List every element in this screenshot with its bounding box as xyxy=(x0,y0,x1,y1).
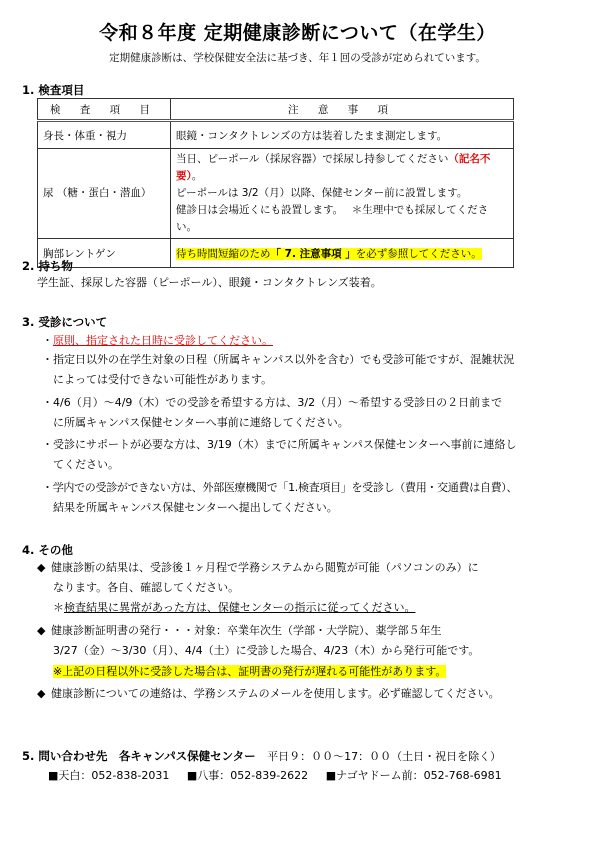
phone-number: 052-839-2622 xyxy=(230,769,308,782)
bullet-text: 原則、指定された日時に受診してください。 xyxy=(53,334,273,347)
section-3-heading: 3. 受診について xyxy=(22,314,107,330)
contact-tenpaku: ■天白：052-838-2031 xyxy=(48,769,169,782)
list-item-continuation: 3/27（金）～3/30（月）、4/4（土）に受診した場合、4/23（木）から発… xyxy=(53,643,479,659)
table-cell-notes: 待ち時間短縮のため「 7. 注意事項 」を必ず参照してください。 xyxy=(171,239,514,268)
page-subtitle: 定期健康診断は、学校保健安全法に基づき、年１回の受診が定められています。 xyxy=(0,50,595,65)
section-4-heading: 4. その他 xyxy=(22,542,73,558)
list-item-continuation: なります。各自、確認してください。 xyxy=(53,580,239,596)
bullet-icon: ・ xyxy=(42,396,53,409)
table-header-row: 検 査 項 目 注 意 事 項 xyxy=(38,99,514,121)
section-2-heading: 2. 持ち物 xyxy=(22,258,73,274)
table-cell-item: 身長・体重・視力 xyxy=(38,121,171,149)
diamond-bullet-icon: ◆ xyxy=(37,560,51,576)
bullet-icon: ・ xyxy=(42,334,53,347)
table-header-item: 検 査 項 目 xyxy=(38,99,171,121)
contact-list: ■天白：052-838-2031 ■八事：052-839-2622 ■ナゴヤドー… xyxy=(48,768,502,784)
list-item: ・学内での受診ができない方は、外部医療機関で「1.検査項目」を受診し（費用・交通… xyxy=(42,480,517,496)
note-line: 当日、ピーポール（採尿容器）で採尿し持参してください（記名不要）。 xyxy=(176,151,508,185)
highlighted-note: 待ち時間短縮のため「 7. 注意事項 」を必ず参照してください。 xyxy=(176,248,482,260)
notes-reference: 「 7. 注意事項 」 xyxy=(271,248,356,260)
table-cell-notes: 眼鏡・コンタクトレンズの方は装着したまま測定します。 xyxy=(171,121,514,149)
asterisk: ＊ xyxy=(53,601,64,614)
exam-items-table: 検 査 項 目 注 意 事 項 身長・体重・視力 眼鏡・コンタクトレンズの方は装… xyxy=(37,98,514,268)
bullet-text: 4/6（月）～4/9（木）での受診を希望する方は、3/2（月）～希望する受診日の… xyxy=(53,396,502,409)
note-tail: 。 xyxy=(192,170,203,182)
note-text: を必ず参照してください。 xyxy=(356,248,482,260)
contact-header: 5. 問い合わせ先 各キャンパス保健センター 平日９：００～17：００（土日・祝… xyxy=(22,748,501,765)
office-hours: 平日９：００～17：００（土日・祝日を除く） xyxy=(267,750,501,763)
list-item: ◆健康診断についての連絡は、学務システムのメールを使用します。必ず確認してくださ… xyxy=(37,686,500,702)
contact-nagoya-dome-mae: ■ナゴヤドーム前：052-768-6981 xyxy=(326,769,502,782)
underlined-note: 検査結果に異常があった方は、保健センターの指示に従ってください。 xyxy=(64,601,415,614)
bullet-text: 指定日以外の在学生対象の日程（所属キャンパス以外を含む）でも受診可能ですが、混雑… xyxy=(53,353,514,366)
diamond-bullet-icon: ◆ xyxy=(37,623,51,639)
list-item-continuation: に所属キャンパス保健センターへ事前に連絡してください。 xyxy=(53,415,349,431)
list-item: ◆健康診断証明書の発行・・・対象：卒業年次生（学部・大学院）、薬学部５年生 xyxy=(37,623,442,639)
page-title: 令和８年度 定期健康診断について（在学生） xyxy=(0,18,595,45)
item-text: 健康診断についての連絡は、学務システムのメールを使用します。必ず確認してください… xyxy=(51,687,500,700)
list-item-continuation: によっては受付できない可能性があります。 xyxy=(53,372,272,388)
list-item: ・受診にサポートが必要な方は、3/19（木）までに所属キャンパス保健センターへ事… xyxy=(42,437,517,453)
table-cell-item: 尿 （糖・蛋白・潜血） xyxy=(38,149,171,239)
bullet-text: 受診にサポートが必要な方は、3/19（木）までに所属キャンパス保健センターへ事前… xyxy=(53,438,517,451)
bullet-icon: ・ xyxy=(42,353,53,366)
separator: ： xyxy=(80,769,91,782)
table-row: 身長・体重・視力 眼鏡・コンタクトレンズの方は装着したまま測定します。 xyxy=(38,121,514,149)
table-row: 胸部レントゲン 待ち時間短縮のため「 7. 注意事項 」を必ず参照してください。 xyxy=(38,239,514,268)
certificate-delay-note: ※上記の日程以外に受診した場合は、証明書の発行が遅れる可能性があります。 xyxy=(53,664,446,680)
bullet-icon: ・ xyxy=(42,481,53,494)
list-item: ◆健康診断の結果は、受診後１ヶ月程で学務システムから閲覧が可能（パソコンのみ）に xyxy=(37,560,479,576)
section-5-heading: 5. 問い合わせ先 各キャンパス保健センター xyxy=(22,749,256,763)
note-line: ピーポールは 3/2（月）以降、保健センター前に設置します。 xyxy=(176,185,508,202)
campus-name: ■天白 xyxy=(48,769,80,782)
separator: ： xyxy=(413,769,424,782)
phone-number: 052-838-2031 xyxy=(91,769,169,782)
contact-yagoto: ■八事：052-839-2622 xyxy=(187,769,308,782)
highlighted-note: ※上記の日程以外に受診した場合は、証明書の発行が遅れる可能性があります。 xyxy=(53,665,446,678)
diamond-bullet-icon: ◆ xyxy=(37,686,51,702)
note-text: 待ち時間短縮のため xyxy=(176,248,271,260)
item-text: 健康診断の結果は、受診後１ヶ月程で学務システムから閲覧が可能（パソコンのみ）に xyxy=(51,561,479,574)
bullet-icon: ・ xyxy=(42,438,53,451)
bullet-text: 学内での受診ができない方は、外部医療機関で「1.検査項目」を受診し（費用・交通費… xyxy=(53,481,518,494)
note-line: 健診日は会場近くにも設置します。 ＊生理中でも採尿してください。 xyxy=(176,202,508,236)
belongings-text: 学生証、採尿した容器（ピーポール）、眼鏡・コンタクトレンズ装着。 xyxy=(37,275,382,291)
table-cell-notes: 当日、ピーポール（採尿容器）で採尿し持参してください（記名不要）。 ピーポールは… xyxy=(171,149,514,239)
table-row: 尿 （糖・蛋白・潜血） 当日、ピーポール（採尿容器）で採尿し持参してください（記… xyxy=(38,149,514,239)
list-item-continuation: てください。 xyxy=(53,457,119,473)
list-item-continuation: 結果を所属キャンパス保健センターへ提出してください。 xyxy=(53,500,338,516)
separator: ： xyxy=(219,769,230,782)
note-text: 当日、ピーポール（採尿容器）で採尿し持参してください xyxy=(176,153,448,165)
list-item: ・原則、指定された日時に受診してください。 xyxy=(42,333,273,349)
campus-name: ■八事 xyxy=(187,769,219,782)
phone-number: 052-768-6981 xyxy=(424,769,502,782)
list-item: ・4/6（月）～4/9（木）での受診を希望する方は、3/2（月）～希望する受診日… xyxy=(42,395,502,411)
result-abnormal-note: ＊検査結果に異常があった方は、保健センターの指示に従ってください。 xyxy=(53,600,415,616)
section-1-heading: 1. 検査項目 xyxy=(22,82,84,98)
campus-name: ■ナゴヤドーム前 xyxy=(326,769,413,782)
table-header-notes: 注 意 事 項 xyxy=(171,99,514,121)
list-item: ・指定日以外の在学生対象の日程（所属キャンパス以外を含む）でも受診可能ですが、混… xyxy=(42,352,514,368)
item-text: 健康診断証明書の発行・・・対象：卒業年次生（学部・大学院）、薬学部５年生 xyxy=(51,624,442,637)
